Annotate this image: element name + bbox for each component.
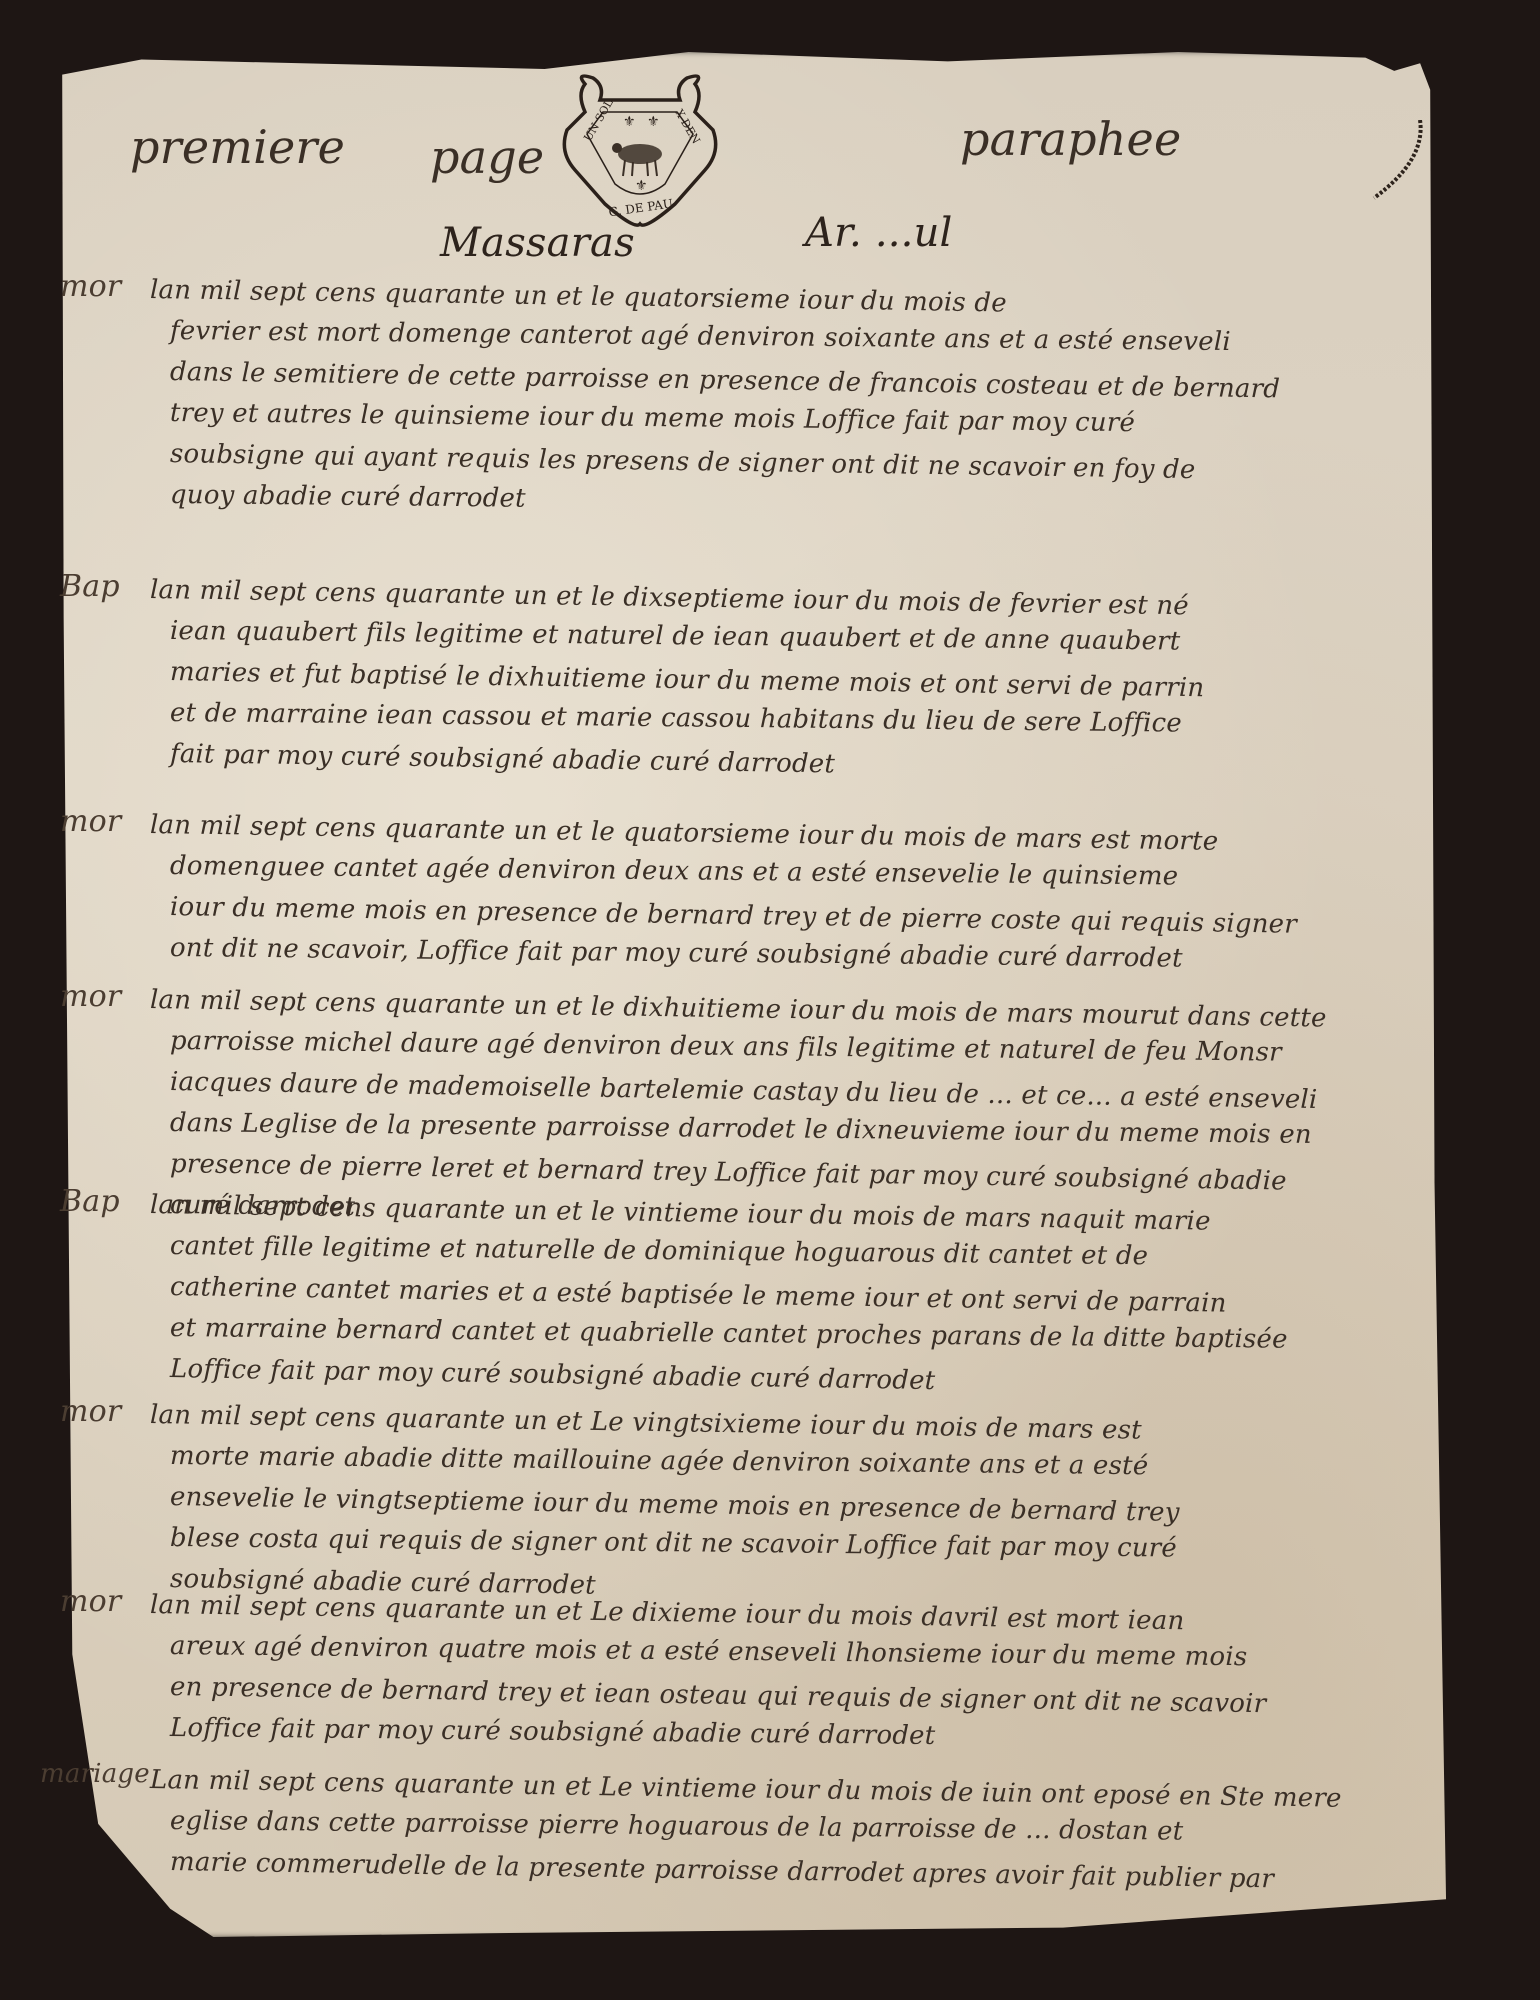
entry-type-label: mor <box>60 269 121 304</box>
svg-text:⚜: ⚜ <box>623 115 636 130</box>
entry-text-line: quoy abadie curé darrodet <box>170 480 526 514</box>
entry-type-label: mariage <box>40 1759 150 1789</box>
header-word-paraphee: paraphee <box>960 112 1181 166</box>
entry-type-label: Bap <box>60 1184 120 1219</box>
header-signature-right: Ar. ...ul <box>805 210 953 256</box>
entry-type-label: mor <box>60 979 121 1014</box>
entry-type-label: mor <box>60 1584 121 1619</box>
header-word-premiere: premiere <box>130 120 345 174</box>
entry-type-label: mor <box>60 804 121 839</box>
svg-text:G. DE PAU: G. DE PAU <box>608 196 674 219</box>
tax-stamp-icon: UN SOL X DEN G. DE PAU ⚜ ⚜ ⚜ <box>545 72 735 232</box>
svg-text:⚜: ⚜ <box>647 115 660 130</box>
svg-text:⚜: ⚜ <box>635 179 648 194</box>
entry-type-label: Bap <box>60 569 120 604</box>
margin-flourish-icon <box>1370 120 1430 200</box>
entry-type-label: mor <box>60 1394 121 1429</box>
svg-text:UN SOL: UN SOL <box>581 96 616 143</box>
header-word-page: page <box>430 130 544 184</box>
